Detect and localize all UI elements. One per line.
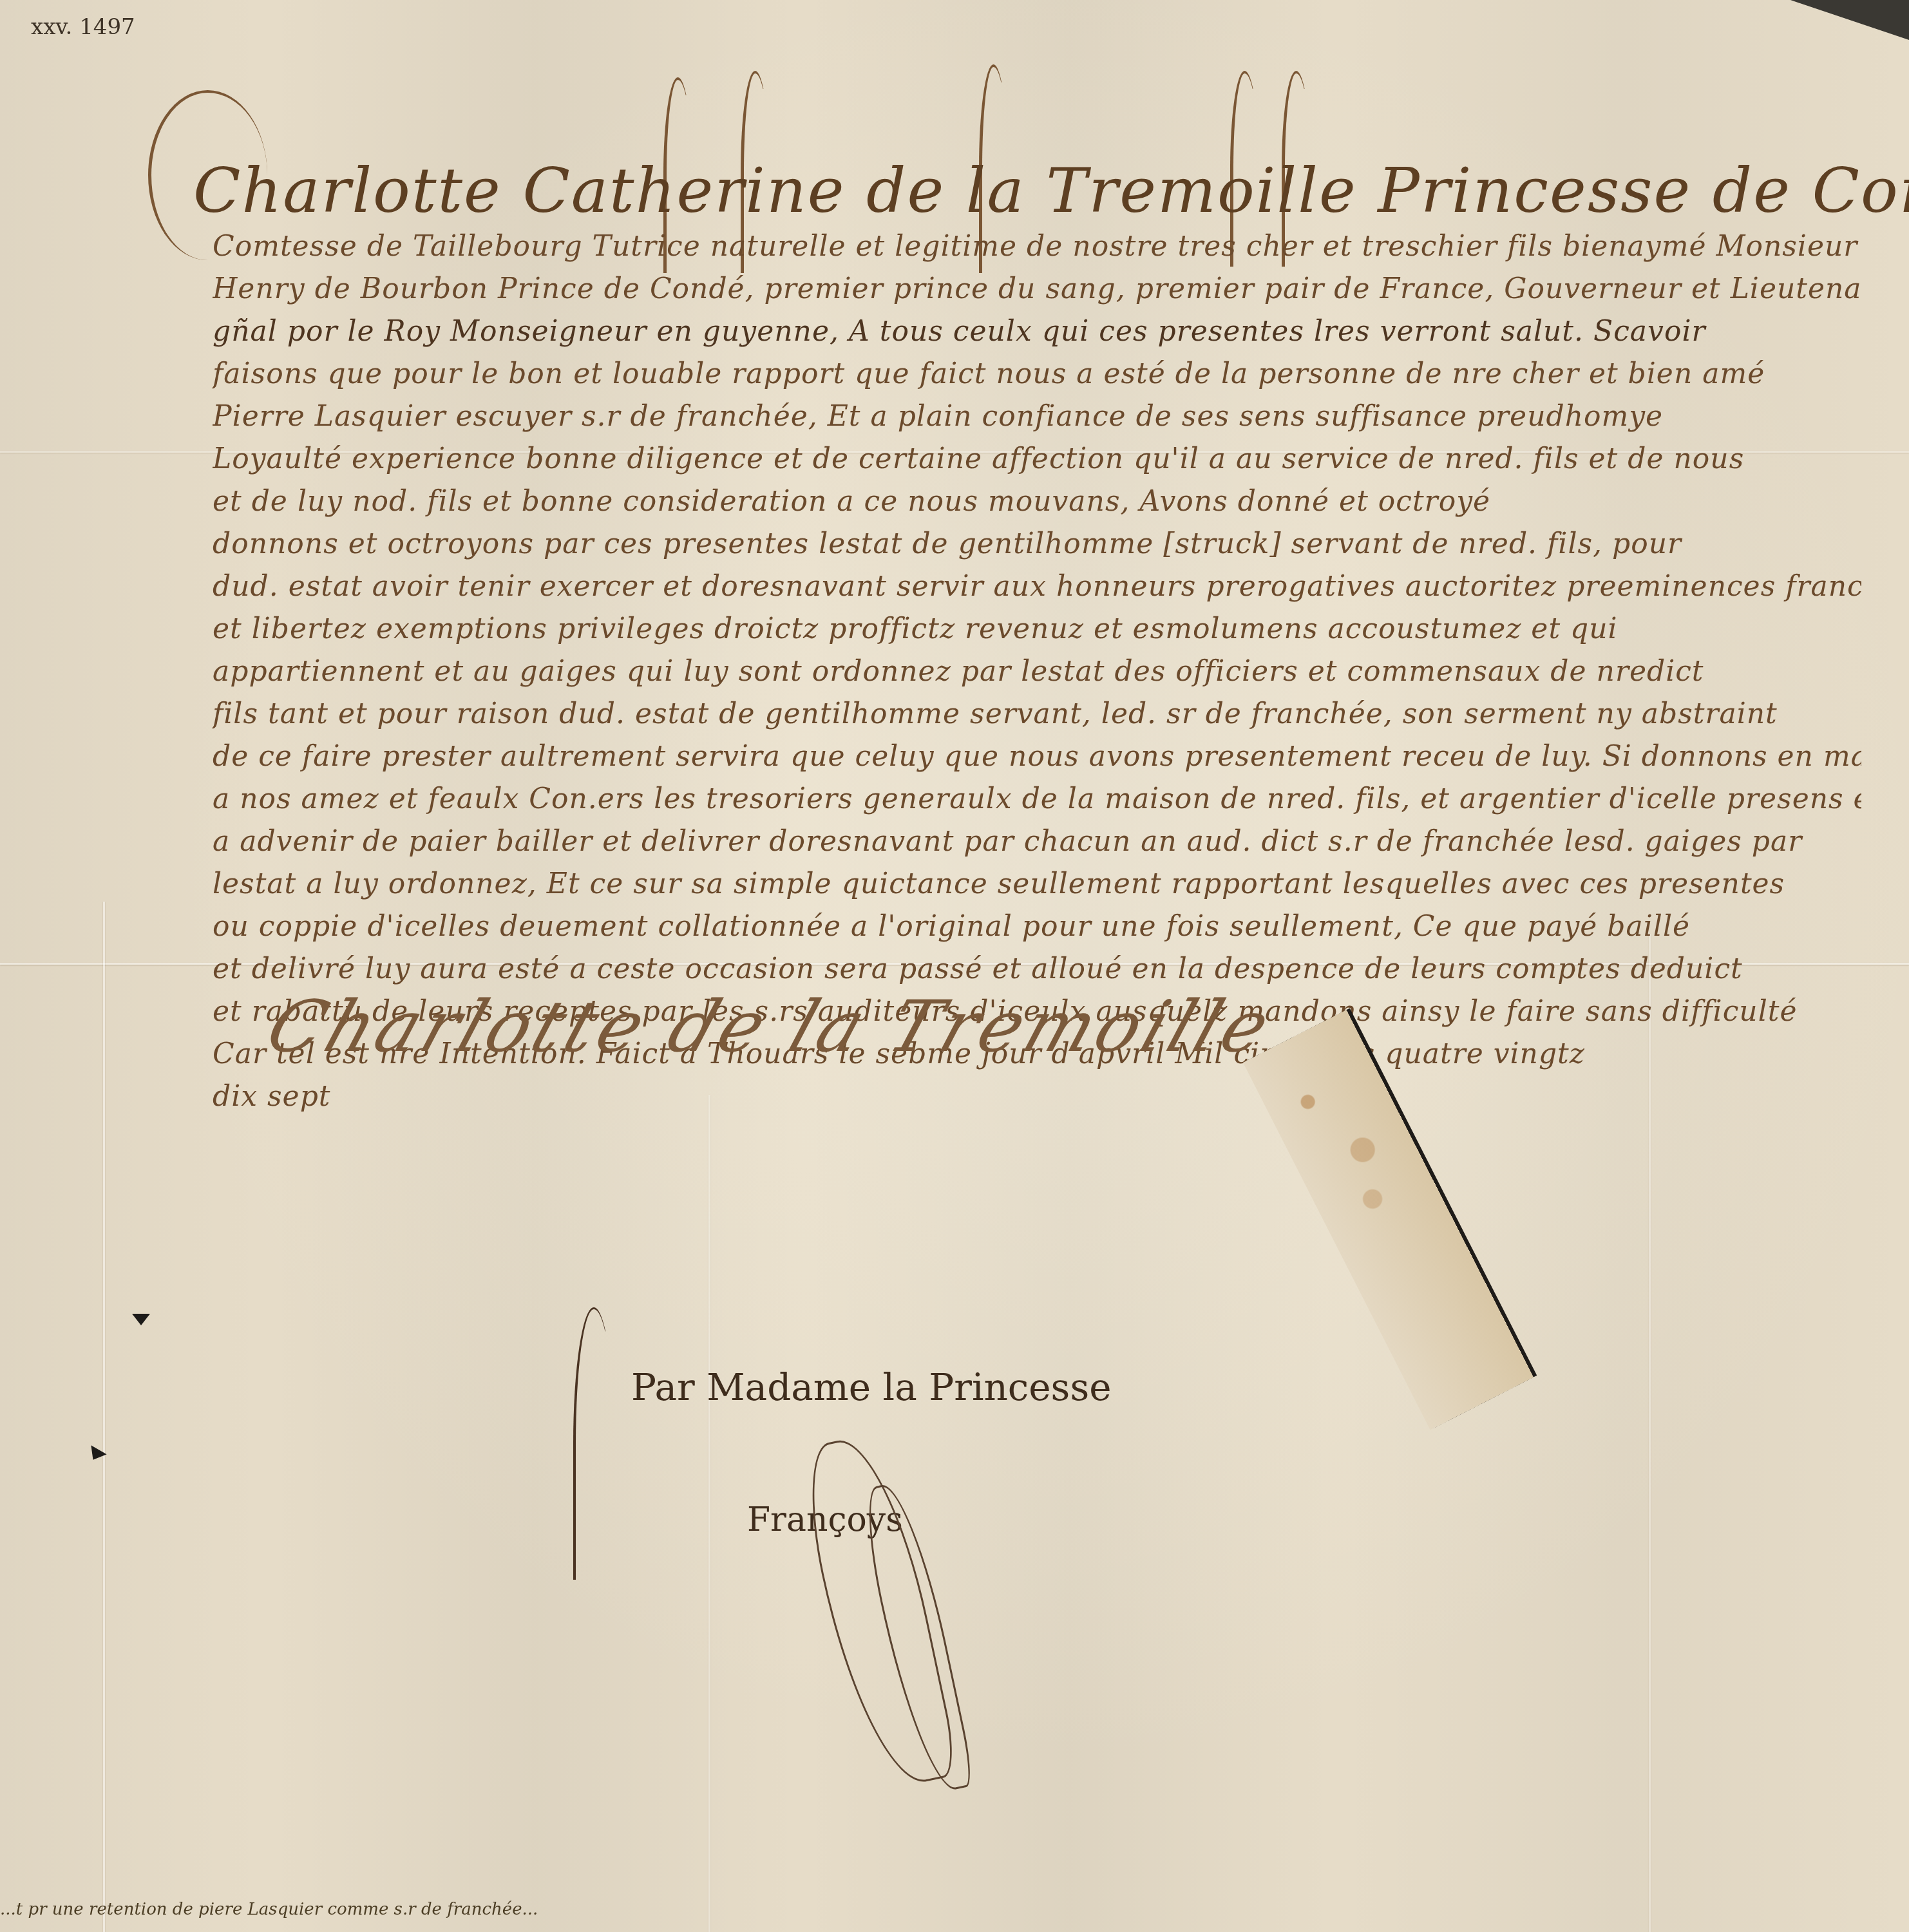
body-line: dud. estat avoir tenir exercer et doresn…: [213, 565, 1861, 608]
body-line: appartiennent et au gaiges qui luy sont …: [213, 650, 1861, 693]
body-line: fils tant et pour raison dud. estat de g…: [213, 693, 1861, 735]
fold-line-vertical: [103, 902, 105, 1932]
body-line: Pierre Lasquier escuyer s.r de franchée,…: [213, 395, 1861, 438]
archive-reference: xxv. 1497: [31, 14, 135, 40]
body-line: et de luy nod. fils et bonne considerati…: [213, 480, 1861, 523]
body-line: lestat a luy ordonnez, Et ce sur sa simp…: [213, 863, 1861, 905]
paper-hole: [132, 1314, 150, 1325]
body-line: Loyaulté experience bonne diligence et d…: [213, 438, 1861, 480]
body-line: dix sept: [213, 1075, 1861, 1118]
countersign-line: Par Madame la Princesse: [631, 1365, 1111, 1409]
body-line: et delivré luy aura esté a ceste occasio…: [213, 948, 1861, 990]
body-line: a nos amez et feaulx Con.ers les tresori…: [213, 778, 1861, 820]
body-line: faisons que pour le bon et louable rappo…: [213, 353, 1861, 395]
manuscript-sheet: xxv. 1497 Charlotte Catherine de la Trem…: [0, 0, 1909, 1932]
body-line: de ce faire prester aultrement servira q…: [213, 735, 1861, 778]
document-body: Comtesse de Taillebourg Tutrice naturell…: [213, 225, 1861, 1118]
body-line: a advenir de paier bailler et delivrer d…: [213, 820, 1861, 863]
par-flourish: [573, 1307, 614, 1580]
body-line: ou coppie d'icelles deuement collationné…: [213, 905, 1861, 948]
principal-signature: Charlotte de la Tremoille: [257, 985, 1283, 1068]
body-line: Comtesse de Taillebourg Tutrice naturell…: [213, 225, 1861, 268]
footer-endorsement: ...t pr une retention de piere Lasquier …: [0, 1900, 538, 1919]
body-line: donnons et octroyons par ces presentes l…: [213, 523, 1861, 565]
body-line: Henry de Bourbon Prince de Condé, premie…: [213, 268, 1861, 310]
body-line: et libertez exemptions privileges droict…: [213, 608, 1861, 650]
body-line: gñal por le Roy Monseigneur en guyenne, …: [213, 310, 1861, 353]
document-heading: Charlotte Catherine de la Tremoille Prin…: [193, 155, 1909, 227]
fold-line-vertical: [708, 1095, 710, 1932]
